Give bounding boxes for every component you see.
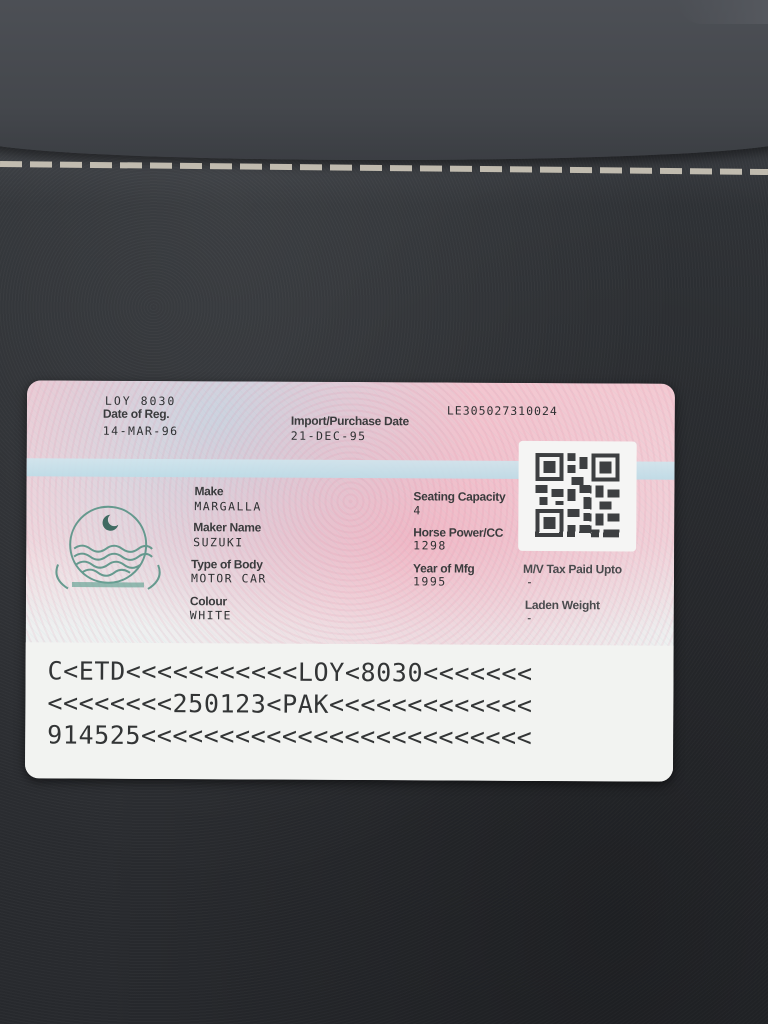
- seating-capacity-label: Seating Capacity: [413, 490, 505, 503]
- qr-code: [518, 441, 637, 552]
- maker-name-value: SUZUKI: [193, 536, 244, 549]
- laden-weight-label: Laden Weight: [525, 599, 600, 612]
- machine-readable-zone: C<ETD<<<<<<<<<<<LOY<8030<<<<<<<<<<<<<<<2…: [47, 655, 533, 754]
- mrz-line-3: 914525<<<<<<<<<<<<<<<<<<<<<<<<<: [47, 719, 532, 754]
- tax-paid-label: M/V Tax Paid Upto: [523, 563, 622, 577]
- type-of-body-value: MOTOR CAR: [191, 572, 267, 585]
- horse-power-value: 1298: [413, 539, 447, 552]
- type-of-body-label: Type of Body: [191, 558, 263, 571]
- mrz-line-2: <<<<<<<<250123<PAK<<<<<<<<<<<<<: [47, 687, 532, 722]
- government-emblem-icon: [52, 504, 164, 591]
- registration-card: LOY 8030 Date of Reg. 14-MAR-96 Import/P…: [25, 380, 675, 781]
- colour-label: Colour: [190, 595, 227, 608]
- seat-top-panel: [0, 0, 768, 160]
- import-date-value: 21-DEC-95: [291, 430, 367, 443]
- date-of-reg-label: Date of Reg.: [103, 408, 169, 421]
- make-label: Make: [194, 485, 223, 498]
- qr-code-icon: [534, 453, 620, 537]
- colour-value: WHITE: [190, 609, 232, 622]
- maker-name-label: Maker Name: [193, 521, 261, 534]
- seating-capacity-value: 4: [413, 504, 422, 517]
- mrz-line-1: C<ETD<<<<<<<<<<<LOY<8030<<<<<<<: [47, 655, 532, 690]
- import-date-label: Import/Purchase Date: [291, 415, 409, 429]
- year-of-mfg-value: 1995: [413, 575, 447, 588]
- serial-number: LE305027310024: [447, 405, 558, 419]
- tax-paid-value: -: [526, 576, 535, 589]
- make-value: MARGALLA: [194, 500, 261, 513]
- date-of-reg-value: 14-MAR-96: [103, 425, 179, 438]
- seat-edge: [678, 0, 768, 24]
- laden-weight-value: -: [526, 612, 535, 625]
